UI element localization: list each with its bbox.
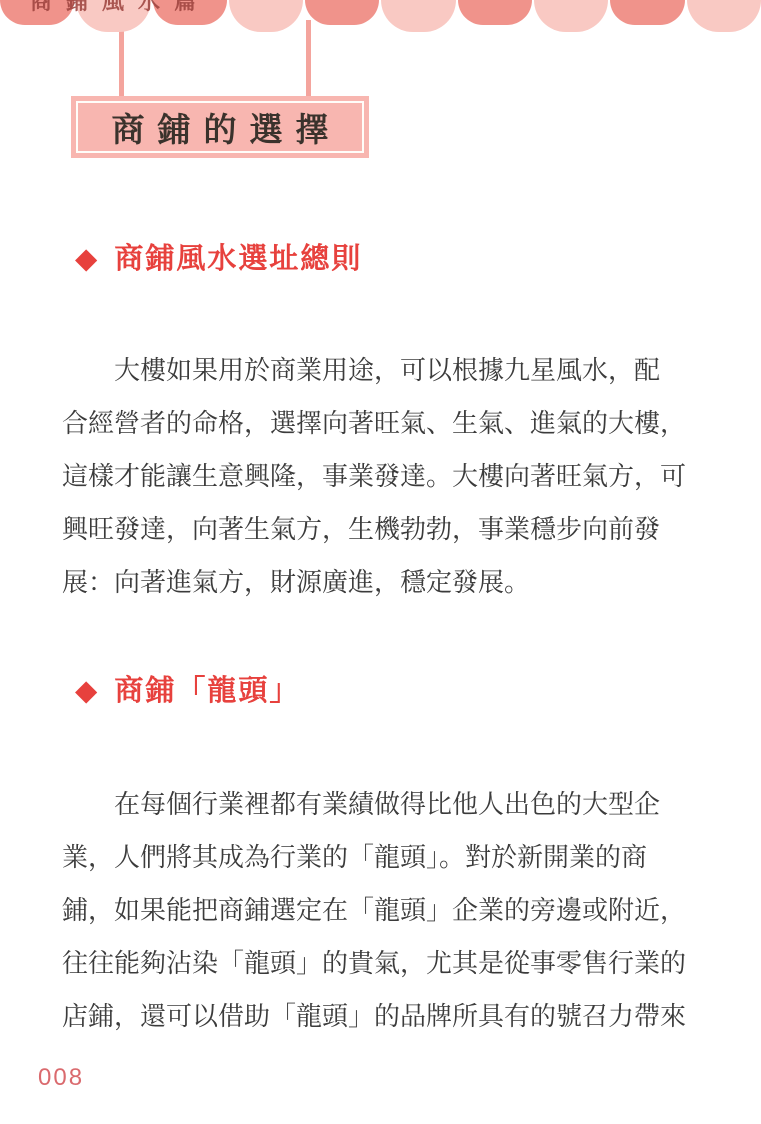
scallop-shape xyxy=(229,0,303,32)
section-heading-1-text: 商鋪風水選址總則 xyxy=(114,244,362,276)
diamond-bullet-icon: ◆ xyxy=(75,677,97,706)
section-heading-2-text: 商鋪「龍頭」 xyxy=(114,676,300,708)
scallop-shape xyxy=(610,0,684,25)
chapter-title-box: 商鋪的選擇 xyxy=(71,96,369,158)
scallop-shape xyxy=(305,0,379,25)
scallop-shape xyxy=(381,0,455,32)
scallop-shape xyxy=(687,0,761,32)
section-paragraph-1: 大樓如果用於商業用途，可以根據九星風水，配 合經營者的命格，選擇向著旺氣、生氣、… xyxy=(62,344,706,609)
page-number: 008 xyxy=(38,1064,84,1092)
section-heading-1: ◆ 商鋪風水選址總則 xyxy=(75,244,362,276)
running-header-text: 商鋪風水篇 xyxy=(30,0,210,16)
diamond-bullet-icon: ◆ xyxy=(75,245,97,274)
scallop-shape xyxy=(458,0,532,25)
section-heading-2: ◆ 商鋪「龍頭」 xyxy=(75,676,300,708)
chapter-title-frame: 商鋪的選擇 xyxy=(76,101,364,153)
section-paragraph-2: 在每個行業裡都有業績做得比他人出色的大型企 業，人們將其成為行業的「龍頭」。對於… xyxy=(62,778,706,1043)
chapter-title: 商鋪的選擇 xyxy=(99,104,342,151)
scallop-shape xyxy=(534,0,608,32)
